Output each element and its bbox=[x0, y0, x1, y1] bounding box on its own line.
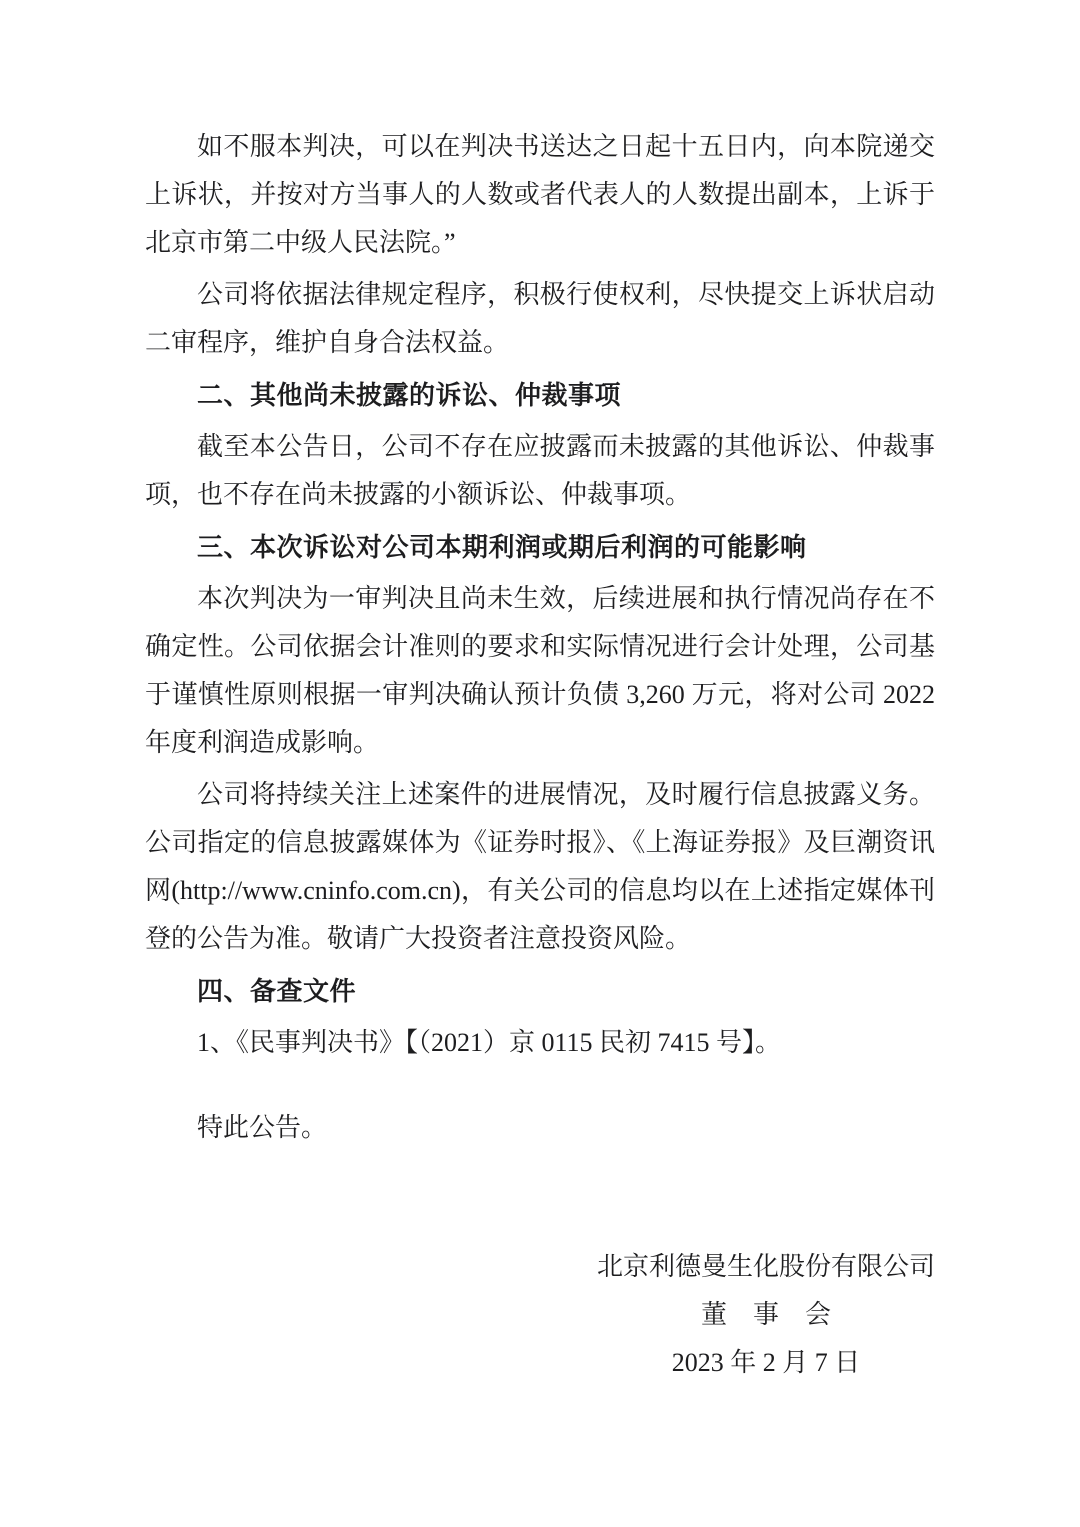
signature-board-of-directors: 董 事 会 bbox=[597, 1291, 935, 1339]
signature-company-name: 北京利德曼生化股份有限公司 bbox=[597, 1243, 935, 1291]
paragraph-profit-impact: 本次判决为一审判决且尚未生效，后续进展和执行情况尚存在不确定性。公司依据会计准则… bbox=[145, 575, 935, 767]
paragraph-info-disclosure: 公司将持续关注上述案件的进展情况，及时履行信息披露义务。公司指定的信息披露媒体为… bbox=[145, 771, 935, 963]
heading-section-3-profit-impact: 三、本次诉讼对公司本期利润或期后利润的可能影响 bbox=[145, 523, 935, 571]
signature-block: 北京利德曼生化股份有限公司 董 事 会 2023 年 2 月 7 日 bbox=[597, 1243, 935, 1387]
paragraph-company-appeal-plan: 公司将依据法律规定程序，积极行使权利，尽快提交上诉状启动二审程序，维护自身合法权… bbox=[145, 271, 935, 367]
heading-section-4-reference-documents: 四、备查文件 bbox=[145, 967, 935, 1015]
paragraph-closing-statement: 特此公告。 bbox=[145, 1104, 935, 1152]
heading-section-2-other-litigation: 二、其他尚未披露的诉讼、仲裁事项 bbox=[145, 371, 935, 419]
paragraph-reference-document: 1、《民事判决书》【（2021）京 0115 民初 7415 号】。 bbox=[145, 1019, 935, 1067]
announcement-document: 如不服本判决，可以在判决书送达之日起十五日内，向本院递交上诉状，并按对方当事人的… bbox=[0, 0, 1080, 1527]
paragraph-other-undisclosed-litigation: 截至本公告日，公司不存在应披露而未披露的其他诉讼、仲裁事项，也不存在尚未披露的小… bbox=[145, 423, 935, 519]
paragraph-appeal-procedure: 如不服本判决，可以在判决书送达之日起十五日内，向本院递交上诉状，并按对方当事人的… bbox=[145, 123, 935, 267]
signature-date: 2023 年 2 月 7 日 bbox=[597, 1339, 935, 1387]
